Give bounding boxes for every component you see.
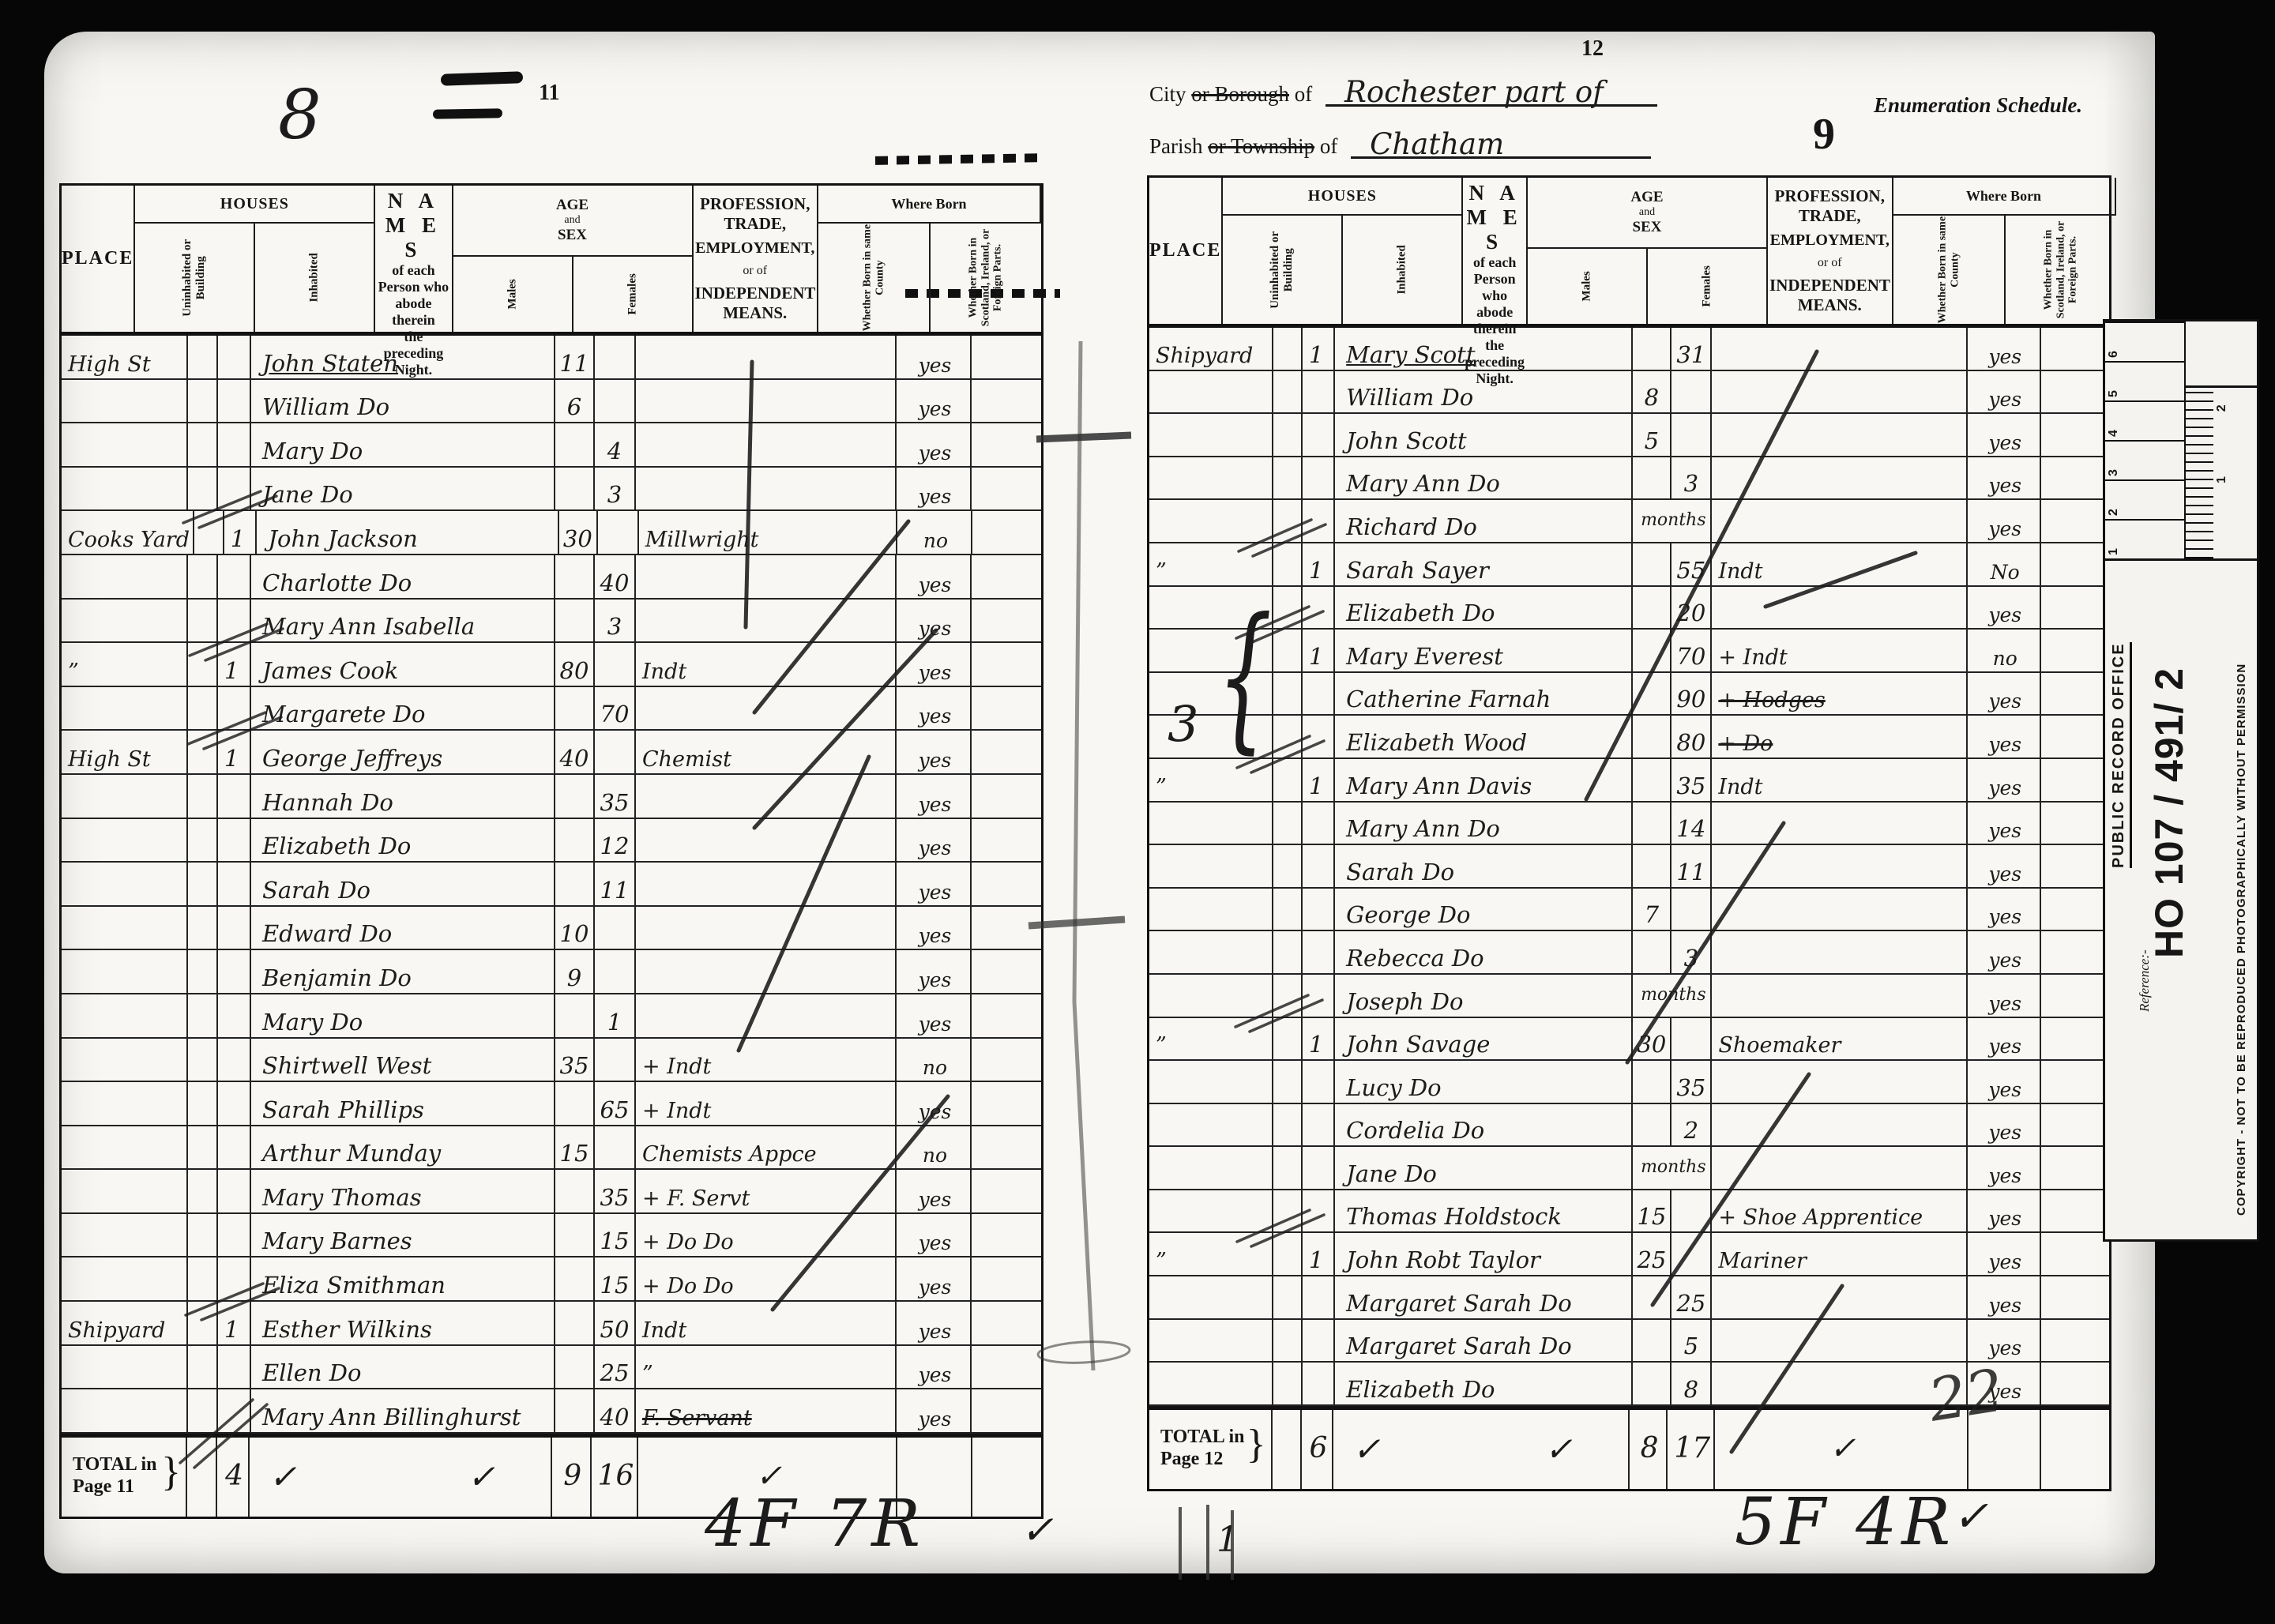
uninhabited-cell [1273, 500, 1303, 542]
col-header-males: Males [453, 257, 573, 332]
profession-cell [636, 863, 897, 905]
left-page-handwritten-mark: 8 [278, 76, 322, 155]
names-title: N A M E S [1465, 181, 1525, 254]
col-header-uninhabited: Uninhabited or Building [135, 224, 255, 332]
profession-cell [1712, 1104, 1967, 1146]
col-header-inhabited-label: Inhabited [1396, 210, 1409, 329]
uninhabited-cell [188, 1346, 218, 1389]
born-same-county-cell: yes [1968, 1320, 2041, 1362]
age-females-cell: 3 [1671, 931, 1712, 973]
inhabited-cell [1303, 414, 1335, 456]
uninhabited-cell [1273, 975, 1303, 1017]
uninhabited-cell [188, 1257, 218, 1300]
pro-ruler: 123456 1 2 [2105, 321, 2257, 561]
uninhabited-cell [1273, 931, 1303, 973]
ruler-cm-label-1: 1 [2215, 476, 2229, 483]
col-header-born-same-county-label: Whether Born in same County [861, 223, 886, 333]
age-males-cell [1633, 328, 1671, 370]
col-header-males-label: Males [1581, 227, 1594, 345]
age-males-cell [1633, 587, 1671, 629]
age-females-cell: 11 [595, 863, 636, 905]
age-males-cell [555, 1302, 595, 1344]
name-cell: Mary Ann Do [1335, 803, 1633, 844]
profession-cell: Indt [636, 643, 897, 686]
age-males-cell [555, 1170, 595, 1212]
name-cell: Edward Do [251, 907, 555, 949]
born-elsewhere-cell [972, 336, 1041, 378]
names-subtitle-1: of each Person who abode therein [377, 262, 449, 329]
born-elsewhere-cell [2041, 1363, 2109, 1404]
age-males-cell [555, 819, 595, 862]
census-row: Mary Do4yes [62, 423, 1041, 468]
uninhabited-cell [1273, 845, 1303, 887]
prof-line-1: PROFESSION, TRADE, [1769, 186, 1890, 226]
born-elsewhere-cell [2041, 371, 2109, 413]
census-row: Shipyard1Mary Scott31yes [1149, 328, 2109, 371]
profession-cell [1712, 1061, 1967, 1103]
census-row: Elizabeth Wood80+ Doyes [1149, 716, 2109, 759]
inhabited-cell [1303, 845, 1335, 887]
name-cell: Ellen Do [251, 1346, 555, 1389]
age-line-2: and [564, 214, 580, 227]
age-females-cell: 70 [1671, 630, 1712, 671]
age-males-cell: 25 [1633, 1233, 1671, 1275]
inhabited-cell: 1 [1303, 759, 1335, 801]
name-cell: Arthur Munday [251, 1126, 555, 1169]
total-females-cell: 17 [1668, 1410, 1715, 1489]
age-males-cell [1633, 716, 1671, 757]
total-uninhabited-cell [187, 1438, 217, 1517]
born-same-county-cell: No [1968, 543, 2041, 585]
uninhabited-cell [1273, 414, 1303, 456]
place-cell [1149, 1190, 1273, 1232]
uninhabited-cell [188, 994, 218, 1037]
inhabited-cell: 1 [1303, 328, 1335, 370]
born-same-county-cell: yes [897, 380, 972, 423]
name-cell: John Jackson [257, 511, 558, 554]
profession-cell: + F. Servt [636, 1170, 897, 1212]
place-cell: ” [1149, 543, 1273, 585]
place-cell [1149, 500, 1273, 542]
age-males-cell [555, 1257, 595, 1300]
col-header-houses: HOUSES [1223, 178, 1463, 216]
profession-cell [636, 687, 897, 730]
uninhabited-cell [188, 336, 218, 378]
age-females-cell: 35 [1671, 759, 1712, 801]
inhabited-cell: 1 [218, 643, 251, 686]
born-elsewhere-cell [972, 687, 1041, 730]
census-row: ”1Mary Ann Davis35Indtyes [1149, 759, 2109, 803]
profession-cell [636, 336, 897, 378]
uninhabited-cell [188, 380, 218, 423]
profession-cell [636, 555, 897, 598]
born-same-county-cell: yes [897, 819, 972, 862]
inhabited-cell [218, 1039, 251, 1081]
col-header-where-born: Where Born [1893, 178, 2116, 216]
age-males-cell [1633, 1320, 1671, 1362]
profession-cell [1712, 931, 1967, 973]
uninhabited-cell [1273, 759, 1303, 801]
pro-label-inner: PUBLIC RECORD OFFICE Reference:- HO 107 … [2103, 319, 2259, 1242]
inhabited-cell [1303, 889, 1335, 930]
uninhabited-cell [188, 1039, 218, 1081]
born-elsewhere-cell [2041, 630, 2109, 671]
born-elsewhere-cell [2041, 1233, 2109, 1275]
age-note-cell: months [1633, 500, 1712, 542]
age-females-cell [1671, 1233, 1712, 1275]
age-females-cell: 11 [1671, 845, 1712, 887]
profession-cell: Chemist [636, 731, 897, 773]
prof-line-2: EMPLOYMENT, [695, 239, 814, 258]
inhabited-cell [218, 1170, 251, 1212]
age-females-cell [1671, 1190, 1712, 1232]
table-header: PLACEHOUSESUninhabited or BuildingInhabi… [62, 186, 1041, 336]
place-cell [62, 423, 188, 466]
profession-cell: Indt [1712, 759, 1967, 801]
name-cell: Catherine Farnah [1335, 673, 1633, 715]
age-females-cell: 25 [595, 1346, 636, 1389]
born-same-county-cell: yes [1968, 414, 2041, 456]
name-cell: Sarah Phillips [251, 1082, 555, 1125]
census-row: ”1James Cook80Indtyes [62, 643, 1041, 687]
col-header-profession: PROFESSION, TRADE,EMPLOYMENT,or ofINDEPE… [1768, 178, 1893, 324]
uninhabited-cell [1273, 889, 1303, 930]
col-header-born-same-county-label: Whether Born in same County [1936, 215, 1961, 325]
uninhabited-cell [188, 555, 218, 598]
born-same-county-cell: yes [897, 950, 972, 993]
profession-cell [636, 907, 897, 949]
age-males-cell [1633, 931, 1671, 973]
age-males-cell [555, 687, 595, 730]
profession-cell: + Indt [636, 1082, 897, 1125]
total-names-check-2: ✓ [1545, 1430, 1573, 1468]
census-row: George Do7yes [1149, 889, 2109, 932]
place-cell [62, 1346, 188, 1389]
left-page-number: 11 [539, 81, 559, 106]
col-header-females-label: Females [1701, 227, 1714, 345]
place-cell [1149, 889, 1273, 930]
inhabited-cell [218, 1214, 251, 1257]
inhabited-cell: 1 [1303, 1018, 1335, 1060]
born-same-county-cell: yes [1968, 457, 2041, 499]
age-females-cell: 14 [1671, 803, 1712, 844]
born-elsewhere-cell [2041, 1320, 2109, 1362]
census-row: Shipyard1Esther Wilkins50Indtyes [62, 1302, 1041, 1346]
name-cell: Mary Do [251, 423, 555, 466]
total-row-scribble: 22 [1924, 1356, 2008, 1435]
born-same-county-cell: yes [897, 907, 972, 949]
total-uninhabited-cell [1273, 1410, 1302, 1489]
place-cell [1149, 1147, 1273, 1189]
census-row: Mary Barnes15+ Do Doyes [62, 1214, 1041, 1258]
place-cell [62, 1389, 188, 1432]
inhabited-cell [218, 468, 251, 510]
born-elsewhere-cell [972, 511, 1041, 554]
census-row: High StJohn Staten11yes [62, 336, 1041, 380]
age-males-cell: 7 [1633, 889, 1671, 930]
ruler-inch-cell: 1 [2105, 519, 2184, 558]
total-label-cell: TOTAL inPage 11} [62, 1438, 187, 1517]
inhabited-cell [1303, 1363, 1335, 1404]
name-cell: Richard Do [1335, 500, 1633, 542]
census-row: John Scott5yes [1149, 414, 2109, 457]
name-cell: John Scott [1335, 414, 1633, 456]
col-header-born-same-county: Whether Born in same County [818, 224, 931, 332]
born-same-county-cell: yes [1968, 371, 2041, 413]
age-note-cell: months [1633, 1147, 1712, 1189]
profession-cell [636, 819, 897, 862]
place-cell [62, 687, 188, 730]
age-females-cell: 70 [595, 687, 636, 730]
profession-cell: F. Servant [636, 1389, 897, 1432]
col-header-inhabited: Inhabited [255, 224, 375, 332]
census-row: Sarah Do11yes [62, 863, 1041, 907]
census-row: ”1Sarah Sayer55IndtNo [1149, 543, 2109, 587]
uninhabited-cell [194, 511, 224, 554]
uninhabited-cell [1273, 630, 1303, 671]
name-cell: Hannah Do [251, 775, 555, 818]
born-elsewhere-cell [972, 600, 1041, 642]
city-fill-line: Rochester part of [1326, 73, 1657, 107]
age-females-cell [595, 731, 636, 773]
inhabited-cell [1303, 803, 1335, 844]
ruler-inch-cell: 5 [2105, 361, 2184, 400]
profession-cell [636, 950, 897, 993]
name-cell: Joseph Do [1335, 975, 1633, 1017]
born-elsewhere-cell [972, 731, 1041, 773]
place-cell [1149, 975, 1273, 1017]
census-row: Sarah Phillips65+ Indtyes [62, 1082, 1041, 1126]
name-cell: Charlotte Do [251, 555, 555, 598]
profession-cell: + Do [1712, 716, 1967, 757]
name-cell: Mary Ann Davis [1335, 759, 1633, 801]
col-header-age-sex: AGEandSEX [453, 186, 694, 257]
born-same-county-cell: yes [897, 555, 972, 598]
total-names-cell: ✓✓ [1333, 1410, 1629, 1489]
margin-brace: { [1217, 585, 1273, 769]
age-males-cell [1633, 845, 1671, 887]
col-header-males: Males [1528, 249, 1648, 324]
age-males-cell: 8 [1633, 371, 1671, 413]
born-same-county-cell: yes [1968, 1061, 2041, 1103]
gutter-mark: 1 [1216, 1520, 1239, 1560]
born-elsewhere-cell [972, 863, 1041, 905]
age-males-cell [1633, 673, 1671, 715]
total-inhabited-cell: 4 [217, 1438, 250, 1517]
profession-cell: Shoemaker [1712, 1018, 1967, 1060]
born-same-county-cell: no [897, 1126, 972, 1169]
profession-cell [636, 600, 897, 642]
age-females-cell: 65 [595, 1082, 636, 1125]
census-table-right: PLACEHOUSESUninhabited or BuildingInhabi… [1147, 175, 2111, 1491]
born-same-county-cell: yes [1968, 1233, 2041, 1275]
born-same-county-cell: yes [1968, 931, 2041, 973]
census-row: William Do8yes [1149, 371, 2109, 415]
prof-line-4: INDEPENDENT MEANS. [1769, 276, 1890, 315]
profession-cell: + Do Do [636, 1257, 897, 1300]
pro-reference-label: PUBLIC RECORD OFFICE Reference:- HO 107 … [2103, 319, 2259, 1242]
born-same-county-cell: yes [897, 1214, 972, 1257]
schedule-number: 9 [1813, 109, 1835, 160]
place-cell: High St [62, 336, 188, 378]
born-same-county-cell: yes [897, 643, 972, 686]
age-females-cell: 2 [1671, 1104, 1712, 1146]
right-footer-tally-code: 5F 4R [1735, 1485, 1955, 1560]
age-females-cell: 20 [1671, 587, 1712, 629]
name-cell: Thomas Holdstock [1335, 1190, 1633, 1232]
parish-of: of [1320, 134, 1338, 158]
census-row: Rebecca Do3yes [1149, 931, 2109, 975]
born-elsewhere-cell [2041, 1147, 2109, 1189]
census-row: Catherine Farnah90+ Hodgesyes [1149, 673, 2109, 716]
age-males-cell [1633, 1061, 1671, 1103]
age-females-cell: 35 [595, 775, 636, 818]
age-females-cell: 25 [1671, 1276, 1712, 1318]
col-header-born-elsewhere: Whether Born in Scotland, Ireland, or Fo… [2006, 216, 2116, 324]
place-cell [62, 1257, 188, 1300]
ruler-inch-cell: 2 [2105, 479, 2184, 519]
col-header-born-elsewhere-label: Whether Born in Scotland, Ireland, or Fo… [2042, 214, 2079, 325]
age-females-cell: 1 [595, 994, 636, 1037]
ruler-inch-cell: 6 [2105, 321, 2184, 361]
name-cell: Jane Do [1335, 1147, 1633, 1189]
born-same-county-cell: yes [1968, 328, 2041, 370]
col-header-born-elsewhere: Whether Born in Scotland, Ireland, or Fo… [931, 224, 1041, 332]
uninhabited-cell [1273, 803, 1303, 844]
age-line-2: and [1639, 206, 1655, 219]
total-names-check: ✓ [269, 1457, 296, 1496]
total-label-cell: TOTAL inPage 12} [1149, 1410, 1273, 1489]
born-same-county-cell: yes [897, 994, 972, 1037]
born-elsewhere-cell [2041, 1104, 2109, 1146]
inhabited-cell [218, 1346, 251, 1389]
inhabited-cell: 1 [1303, 630, 1335, 671]
age-females-cell: 15 [595, 1257, 636, 1300]
uninhabited-cell [1273, 543, 1303, 585]
parish-value-handwritten: Chatham [1370, 127, 1504, 161]
census-row: Margaret Sarah Do5yes [1149, 1320, 2109, 1363]
uninhabited-cell [188, 950, 218, 993]
born-same-county-cell: yes [897, 1302, 972, 1344]
uninhabited-cell [188, 1082, 218, 1125]
census-row: Elizabeth Do20yes [1149, 587, 2109, 630]
age-females-cell: 35 [595, 1170, 636, 1212]
name-cell: Margarete Do [251, 687, 555, 730]
place-cell [62, 907, 188, 949]
inhabited-cell [218, 600, 251, 642]
profession-cell [1712, 889, 1967, 930]
place-cell: Shipyard [62, 1302, 188, 1344]
place-cell [62, 819, 188, 862]
inhabited-cell [1303, 1061, 1335, 1103]
born-elsewhere-cell [2041, 587, 2109, 629]
name-cell: Mary Ann Do [1335, 457, 1633, 499]
col-header-profession: PROFESSION, TRADE,EMPLOYMENT,or ofINDEPE… [694, 186, 818, 332]
age-females-cell: 5 [1671, 1320, 1712, 1362]
name-cell: Elizabeth Do [251, 819, 555, 862]
inhabited-cell [218, 950, 251, 993]
name-cell: Sarah Sayer [1335, 543, 1633, 585]
profession-cell [636, 380, 897, 423]
total-males-cell: 8 [1630, 1410, 1668, 1489]
census-row: Mary Ann Billinghurst40F. Servantyes [62, 1389, 1041, 1434]
profession-cell: Millwright [639, 511, 898, 554]
profession-cell: ” [636, 1346, 897, 1389]
col-header-names: N A M E Sof each Person who abode therei… [1463, 178, 1528, 324]
place-cell: ” [1149, 1018, 1273, 1060]
place-cell [62, 863, 188, 905]
census-row: ”1John Savage30Shoemakeryes [1149, 1018, 2109, 1062]
place-cell [62, 1126, 188, 1169]
profession-cell [1712, 328, 1967, 370]
born-elsewhere-cell [2041, 1190, 2109, 1232]
uninhabited-cell [1273, 371, 1303, 413]
uninhabited-cell [188, 907, 218, 949]
name-cell: Elizabeth Do [1335, 1363, 1633, 1404]
census-row: High St1George Jeffreys40Chemistyes [62, 731, 1041, 775]
profession-cell: Indt [1712, 543, 1967, 585]
prof-line-1: PROFESSION, TRADE, [695, 194, 815, 234]
name-cell: Elizabeth Wood [1335, 716, 1633, 757]
table-body: Shipyard1Mary Scott31yesWilliam Do8yesJo… [1149, 328, 2109, 1489]
pro-copyright-line: COPYRIGHT - NOT TO BE REPRODUCED PHOTOGR… [2235, 664, 2248, 1216]
age-males-cell [1633, 1363, 1671, 1404]
born-elsewhere-cell [2041, 931, 2109, 973]
profession-cell: + Indt [1712, 630, 1967, 671]
age-males-cell: 10 [555, 907, 595, 949]
place-cell: Cooks Yard [62, 511, 194, 554]
born-elsewhere-cell [972, 468, 1041, 510]
census-row: Arthur Munday15Chemists Appceno [62, 1126, 1041, 1171]
uninhabited-cell [188, 600, 218, 642]
name-cell: Mary Do [251, 994, 555, 1037]
uninhabited-cell [188, 1389, 218, 1432]
age-females-cell: 50 [595, 1302, 636, 1344]
uninhabited-cell [188, 1302, 218, 1344]
age-females-cell [595, 907, 636, 949]
age-males-cell [555, 1346, 595, 1389]
age-males-cell [1633, 1104, 1671, 1146]
total-names-check: ✓ [1352, 1430, 1380, 1468]
right-page-number: 12 [1581, 36, 1604, 62]
total-label-brace: } [161, 1449, 181, 1496]
col-header-females: Females [1648, 249, 1768, 324]
age-males-cell: 9 [555, 950, 595, 993]
prof-line-2: EMPLOYMENT, [1770, 231, 1890, 250]
uninhabited-cell [1273, 1320, 1303, 1362]
profession-cell [1712, 1276, 1967, 1318]
col-header-born-elsewhere-label: Whether Born in Scotland, Ireland, or Fo… [967, 222, 1004, 333]
ruler-inch-scale: 123456 [2105, 321, 2186, 558]
born-same-county-cell: yes [1968, 1147, 2041, 1189]
name-cell: Elizabeth Do [1335, 587, 1633, 629]
born-same-county-cell: yes [1968, 1276, 2041, 1318]
born-same-county-cell: yes [1968, 1190, 2041, 1232]
inhabited-cell [1303, 1147, 1335, 1189]
inhabited-cell [1303, 587, 1335, 629]
profession-cell: + Hodges [1712, 673, 1967, 715]
uninhabited-cell [188, 775, 218, 818]
prof-line-3: or of [743, 264, 767, 278]
place-cell [1149, 414, 1273, 456]
inhabited-cell [1303, 673, 1335, 715]
place-cell [62, 775, 188, 818]
inhabited-cell: 1 [224, 511, 258, 554]
age-females-cell: 55 [1671, 543, 1712, 585]
born-same-county-cell: yes [897, 1257, 972, 1300]
name-cell: Mary Thomas [251, 1170, 555, 1212]
born-elsewhere-cell [972, 994, 1041, 1037]
